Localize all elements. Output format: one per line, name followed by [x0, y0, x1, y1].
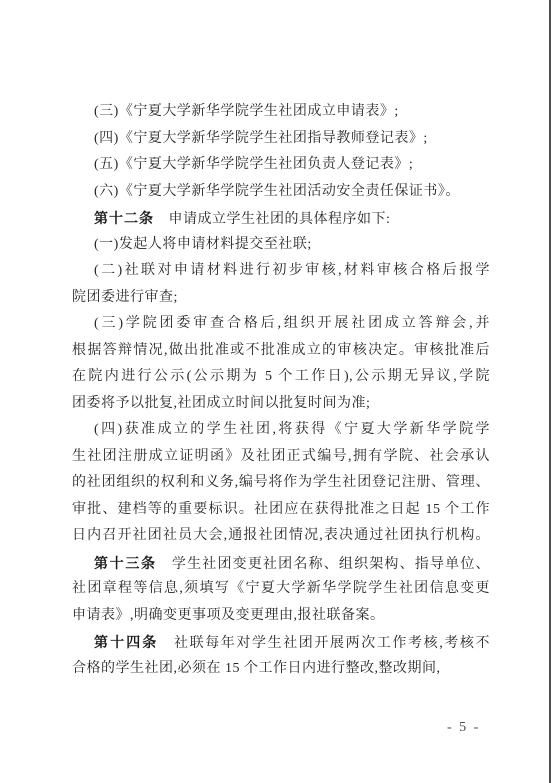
text-line: 院团委进行审查;	[72, 285, 490, 312]
text-line: 的社团组织的权利和义务,编号将作为学生社团登记注册、管理、	[72, 470, 490, 497]
text-line: 在院内进行公示(公示期为 5 个工作日),公示期无异议,学院	[72, 364, 490, 391]
text-line: (四)获准成立的学生社团,将获得《宁夏大学新华学院学	[72, 417, 490, 444]
text-line: 生社团注册成立证明函》及社团正式编号,拥有学院、社会承认	[72, 444, 490, 471]
text-line: 社团章程等信息,须填写《宁夏大学新华学院学生社团信息变更	[72, 576, 490, 603]
text-block: (三)《宁夏大学新华学院学生社团成立申请表》;(四)《宁夏大学新华学院学生社团指…	[72, 99, 490, 682]
text-line: (二)社联对申请材料进行初步审核,材料审核合格后报学	[72, 258, 490, 285]
text-line: 团委将予以批复,社团成立时间以批复时间为准;	[72, 391, 490, 418]
text-line: (六)《宁夏大学新华学院学生社团活动安全责任保证书》。	[72, 179, 490, 206]
text-line: (三)《宁夏大学新华学院学生社团成立申请表》;	[72, 99, 490, 126]
text-line: 根据答辩情况,做出批准或不批准成立的审核决定。审核批准后	[72, 338, 490, 365]
text-line: (五)《宁夏大学新华学院学生社团负责人登记表》;	[72, 152, 490, 179]
text-line: 审批、建档等的重要标识。社团应在获得批准之日起 15 个工作	[72, 497, 490, 524]
document-page: (三)《宁夏大学新华学院学生社团成立申请表》;(四)《宁夏大学新华学院学生社团指…	[0, 0, 554, 783]
text-line: (四)《宁夏大学新华学院学生社团指导教师登记表》;	[72, 126, 490, 153]
text-line: (一)发起人将申请材料提交至社联;	[72, 232, 490, 259]
text-line: 第十四条 社联每年对学生社团开展两次工作考核,考核不	[72, 629, 490, 656]
article-heading: 第十四条	[94, 634, 158, 650]
text-line: 日内召开社团社员大会,通报社团情况,表决通过社团执行机构。	[72, 523, 490, 550]
text-line: 合格的学生社团,必须在 15 个工作日内进行整改,整改期间,	[72, 656, 490, 683]
text-line: 第十二条 申请成立学生社团的具体程序如下:	[72, 205, 490, 232]
article-heading: 第十三条	[94, 555, 157, 571]
text-line: 第十三条 学生社团变更社团名称、组织架构、指导单位、	[72, 550, 490, 577]
text-line: 申请表》,明确变更事项及变更理由,报社联备案。	[72, 603, 490, 630]
article-heading: 第十二条	[94, 210, 154, 226]
text-line: (三)学院团委审查合格后,组织开展社团成立答辩会,并	[72, 311, 490, 338]
page-edge-line	[549, 0, 551, 783]
page-number: - 5 -	[447, 720, 480, 736]
